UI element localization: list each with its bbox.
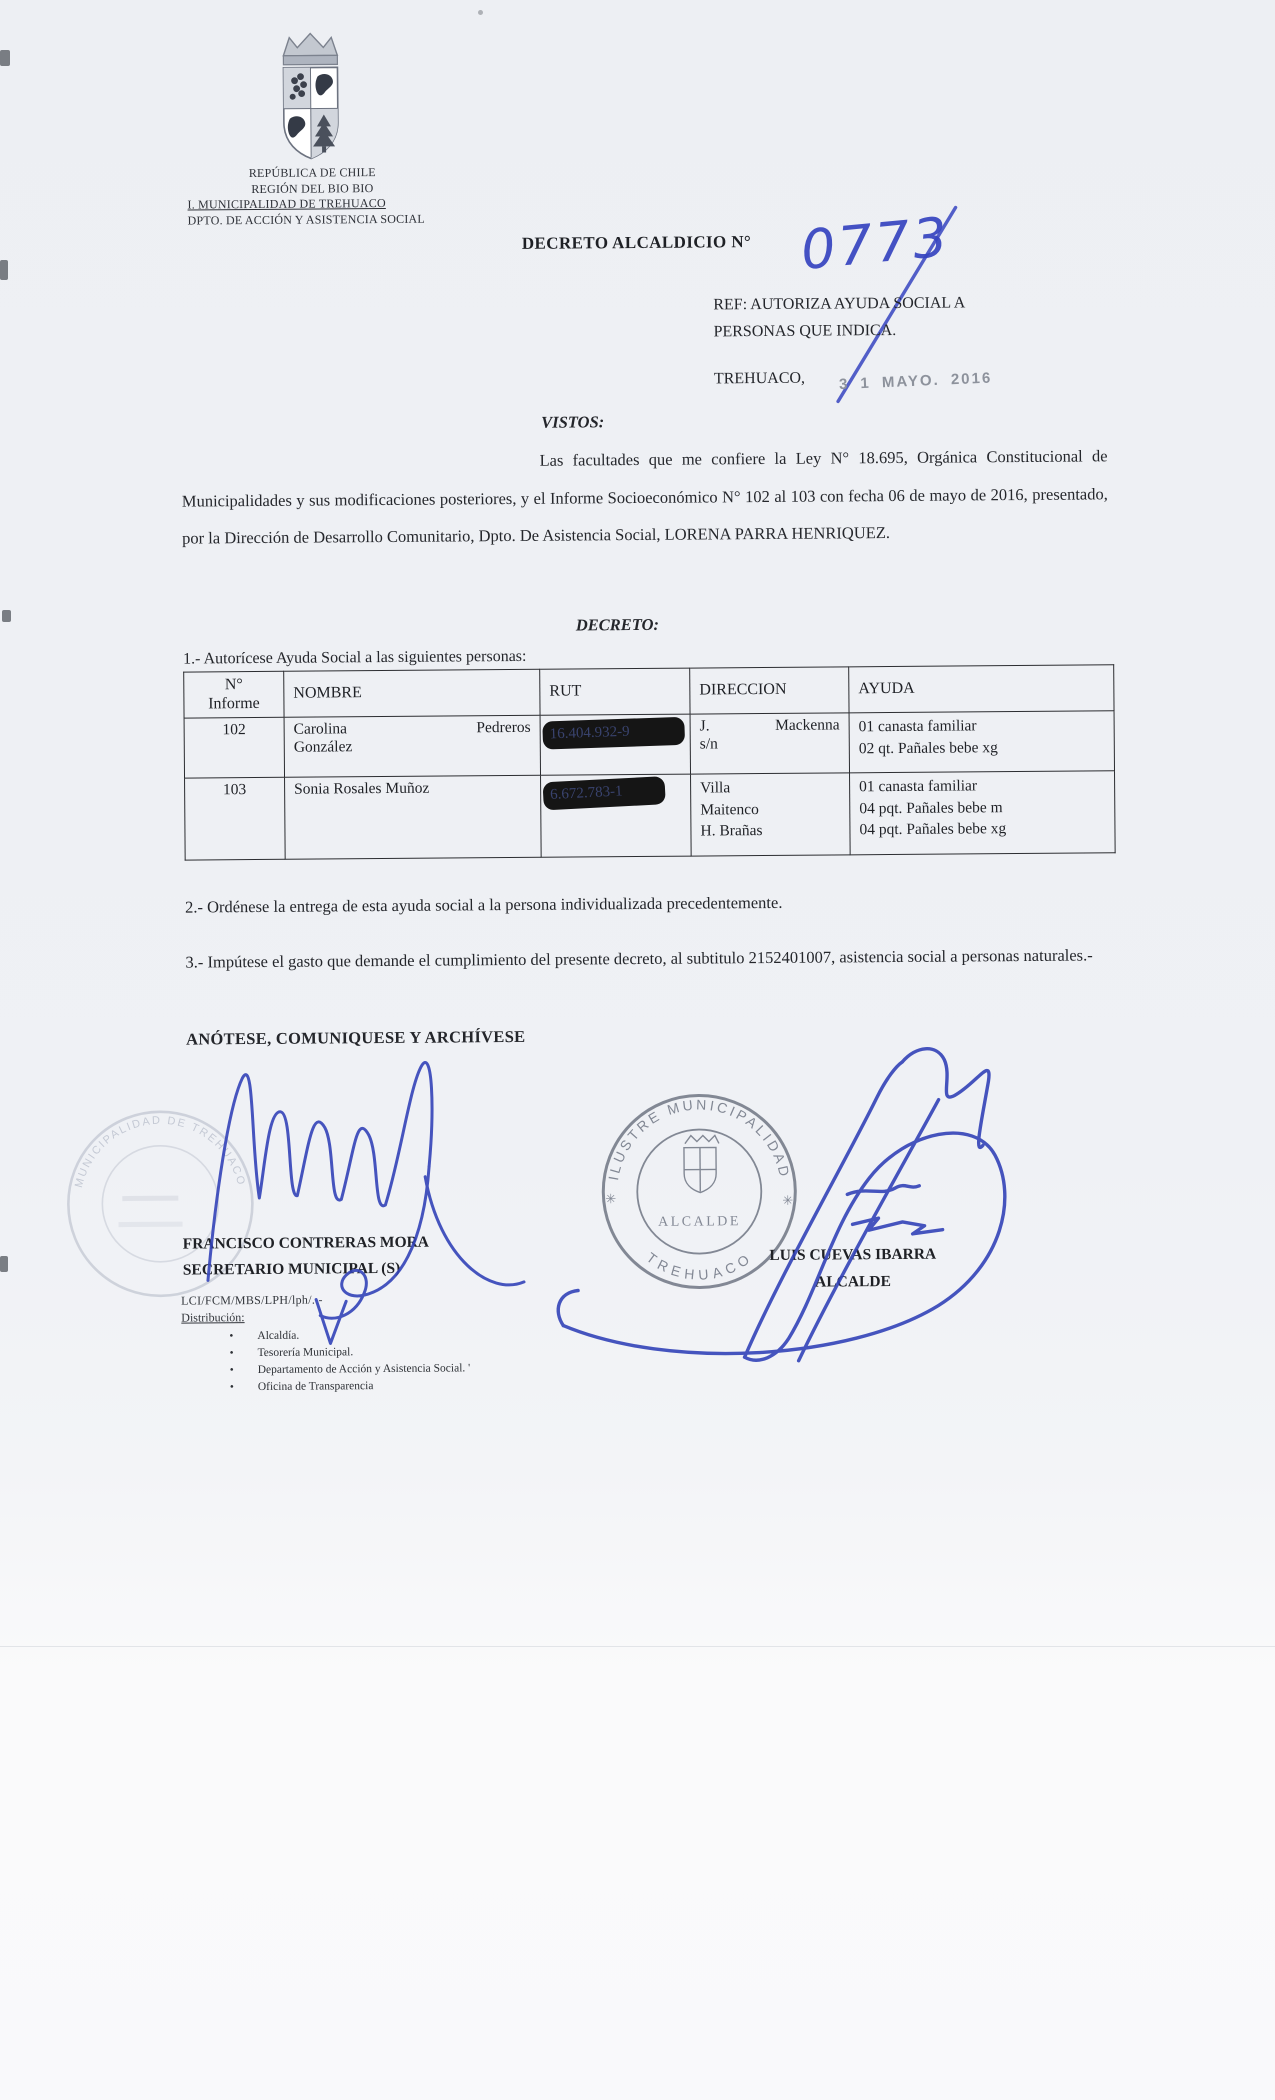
header-nombre: NOMBRE [284, 669, 540, 717]
vistos-heading: VISTOS: [541, 412, 604, 432]
reference-line1: REF: AUTORIZA AYUDA SOCIAL A [713, 289, 965, 318]
cell-direccion: J. Mackenna s/n [690, 713, 849, 774]
decreto-item-2: 2.- Ordénese la entrega de esta ayuda so… [185, 890, 1115, 917]
mayor-signature [546, 1037, 1029, 1371]
distribution-item: • Departamento de Acción y Asistencia So… [230, 1360, 471, 1379]
cell-direccion: Villa Maitenco H. Brañas [691, 773, 851, 856]
letterhead-municipality: I. MUNICIPALIDAD DE TREHUACO [187, 196, 385, 212]
distribution-item: • Oficina de Transparencia [230, 1377, 471, 1396]
cell-ayuda: 01 canasta familiar 04 pqt. Pañales bebe… [850, 771, 1116, 855]
header-direccion: DIRECCION [690, 667, 849, 714]
redaction-bar: 16.404.932-9 [542, 717, 685, 750]
place-line: TREHUACO, [714, 370, 805, 389]
letterhead-department: DPTO. DE ACCIÓN Y ASISTENCIA SOCIAL [188, 211, 448, 229]
bullet-icon: • [229, 1345, 257, 1362]
cell-informe: 102 [184, 717, 284, 778]
aid-table: N° Informe NOMBRE RUT DIRECCION AYUDA 10… [183, 664, 1115, 860]
table-header-row: N° Informe NOMBRE RUT DIRECCION AYUDA [184, 665, 1114, 718]
reference-block: REF: AUTORIZA AYUDA SOCIAL A PERSONAS QU… [713, 289, 965, 345]
header-rut: RUT [540, 668, 690, 715]
scanned-page: REPÚBLICA DE CHILE REGIÓN DEL BIO BIO I.… [0, 0, 1275, 2100]
header-informe: N° Informe [184, 671, 284, 718]
initials-line: LCI/FCM/MBS/LPH/lph/. - [181, 1293, 323, 1309]
table-row: 103 Sonia Rosales Muñoz 6.672.783-1 Vill… [185, 771, 1116, 860]
vistos-paragraph: Las facultades que me confiere la Ley N°… [181, 437, 1108, 557]
distribution-item: • Tesorería Municipal. [229, 1343, 470, 1362]
cell-nombre: Sonia Rosales Muñoz [285, 775, 542, 859]
cell-rut: 16.404.932-9 [540, 714, 690, 775]
redaction-bar: 6.672.783-1 [543, 776, 666, 810]
reference-line2: PERSONAS QUE INDICA. [713, 316, 965, 345]
bullet-icon: • [230, 1379, 258, 1396]
bullet-icon: • [229, 1328, 257, 1345]
decreto-heading: DECRETO: [576, 615, 659, 636]
letterhead: REPÚBLICA DE CHILE REGIÓN DEL BIO BIO I.… [187, 164, 447, 228]
decreto-item-3: 3.- Impútese el gasto que demande el cum… [185, 932, 1125, 984]
distribution-item: • Alcaldía. [229, 1326, 470, 1345]
municipal-coat-of-arms [270, 30, 351, 166]
cell-informe: 103 [185, 777, 286, 860]
header-ayuda: AYUDA [849, 665, 1114, 713]
bullet-icon: • [230, 1362, 258, 1379]
decree-title: DECRETO ALCALDICIO N° [522, 232, 751, 254]
cell-nombre: Carolina Pedreros González [284, 715, 540, 777]
decreto-item-1: 1.- Autorícese Ayuda Social a las siguie… [183, 648, 526, 669]
distribution-heading: Distribución: [181, 1310, 244, 1325]
cell-ayuda: 01 canasta familiar 02 qt. Pañales bebe … [849, 711, 1114, 773]
distribution-list: • Alcaldía. • Tesorería Municipal. • Dep… [229, 1326, 470, 1396]
cell-rut: 6.672.783-1 [541, 774, 692, 857]
table-row: 102 Carolina Pedreros González 16.404.93… [184, 711, 1114, 778]
